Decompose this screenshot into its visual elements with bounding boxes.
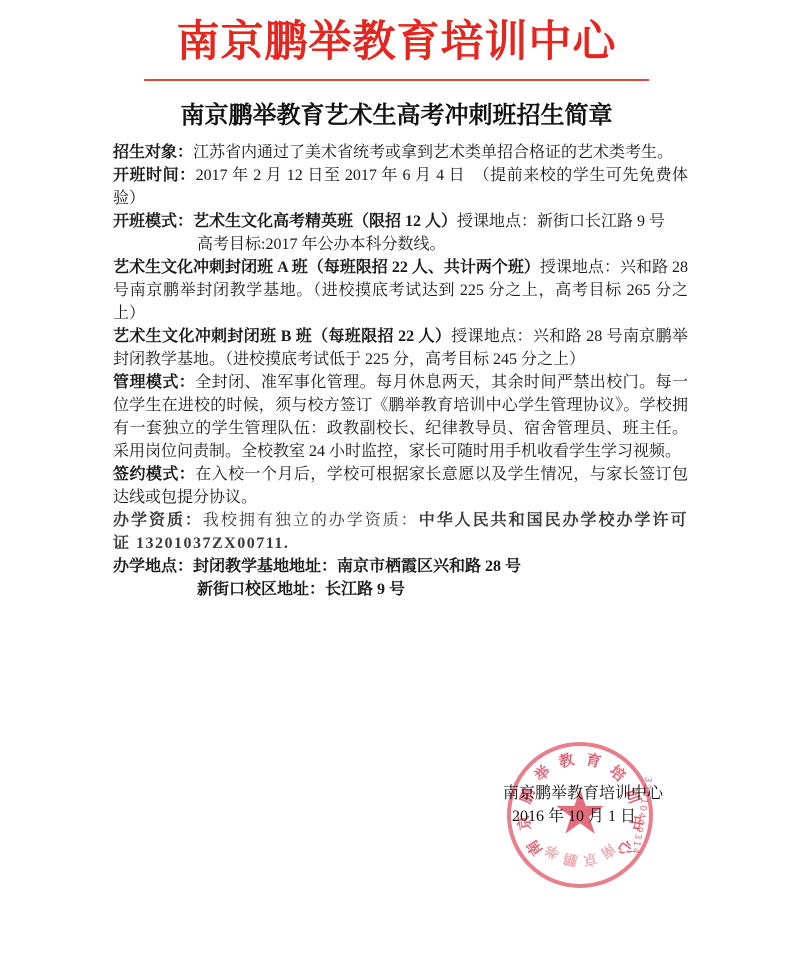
start-time-text: 2017 年 2 月 12 日至 2017 年 6 月 4 日 （提前来校的学生… <box>113 167 688 207</box>
letterhead-title: 南京鹏举教育培训中心 <box>0 16 793 68</box>
class-mode-goal: 高考目标:2017 年公办本科分数线。 <box>197 236 445 253</box>
signature-org: 南京鹏举教育培训中心 <box>503 782 663 805</box>
contract-text: 在入校一个月后，学校可根据家长意愿以及学生情况，与家长签订包达线或包提分协议。 <box>113 466 688 506</box>
signature-block: 南京鹏举教育培训中心 2016 年 10 月 1 日 <box>503 782 663 828</box>
qualification-text: 我校拥有独立的办学资质： <box>203 512 419 529</box>
locations-branch-address: 新街口校区地址：长江路 9 号 <box>113 578 688 601</box>
para-class-mode: 开班模式：艺术生文化高考精英班（限招 12 人）授课地点：新街口长江路 9 号高… <box>113 210 688 256</box>
class-mode-label: 开班模式： <box>113 213 193 230</box>
class-b-title: 艺术生文化冲刺封闭班 B 班（每班限招 22 人） <box>113 328 451 345</box>
locations-base-address: 封闭教学基地地址：南京市栖霞区兴和路 28 号 <box>193 558 521 575</box>
qualification-label: 办学资质： <box>113 512 203 529</box>
letterhead: 南京鹏举教育培训中心 <box>0 16 793 81</box>
document-page: 南京鹏举教育培训中心 南京鹏举教育艺术生高考冲刺班招生简章 招生对象：江苏省内通… <box>0 0 793 961</box>
class-mode-title: 艺术生文化高考精英班（限招 12 人） <box>193 213 457 230</box>
document-body: 招生对象：江苏省内通过了美术省统考或拿到艺术类单招合格证的艺术类考生。 开班时间… <box>113 141 688 601</box>
para-qualification: 办学资质：我校拥有独立的办学资质：中华人民共和国民办学校办学许可证 132010… <box>113 509 688 555</box>
para-management: 管理模式：全封闭、准军事化管理。每月休息两天，其余时间严禁出校门。每一位学生在进… <box>113 371 688 463</box>
para-locations: 办学地点：封闭教学基地地址：南京市栖霞区兴和路 28 号新街口校区地址：长江路 … <box>113 555 688 601</box>
header-divider <box>144 79 649 81</box>
management-text: 全封闭、准军事化管理。每月休息两天，其余时间严禁出校门。每一位学生在进校的时候，… <box>113 374 688 460</box>
para-class-a: 艺术生文化冲刺封闭班 A 班（每班限招 22 人、共计两个班）授课地点：兴和路 … <box>113 256 688 325</box>
enroll-target-label: 招生对象： <box>113 144 193 161</box>
para-enroll-target: 招生对象：江苏省内通过了美术省统考或拿到艺术类单招合格证的艺术类考生。 <box>113 141 688 164</box>
doc-title: 南京鹏举教育艺术生高考冲刺班招生简章 <box>0 101 793 131</box>
class-mode-text: 授课地点：新街口长江路 9 号 <box>457 213 665 230</box>
para-contract: 签约模式：在入校一个月后，学校可根据家长意愿以及学生情况，与家长签订包达线或包提… <box>113 463 688 509</box>
start-time-label: 开班时间： <box>113 167 196 184</box>
management-label: 管理模式： <box>113 374 195 391</box>
para-start-time: 开班时间：2017 年 2 月 12 日至 2017 年 6 月 4 日 （提前… <box>113 164 688 210</box>
locations-label: 办学地点： <box>113 558 193 575</box>
class-a-title: 艺术生文化冲刺封闭班 A 班（每班限招 22 人、共计两个班） <box>113 259 540 276</box>
contract-label: 签约模式： <box>113 466 195 483</box>
para-class-b: 艺术生文化冲刺封闭班 B 班（每班限招 22 人）授课地点：兴和路 28 号南京… <box>113 325 688 371</box>
signature-date: 2016 年 10 月 1 日 <box>503 805 663 828</box>
enroll-target-text: 江苏省内通过了美术省统考或拿到艺术类单招合格证的艺术类考生。 <box>193 144 673 161</box>
